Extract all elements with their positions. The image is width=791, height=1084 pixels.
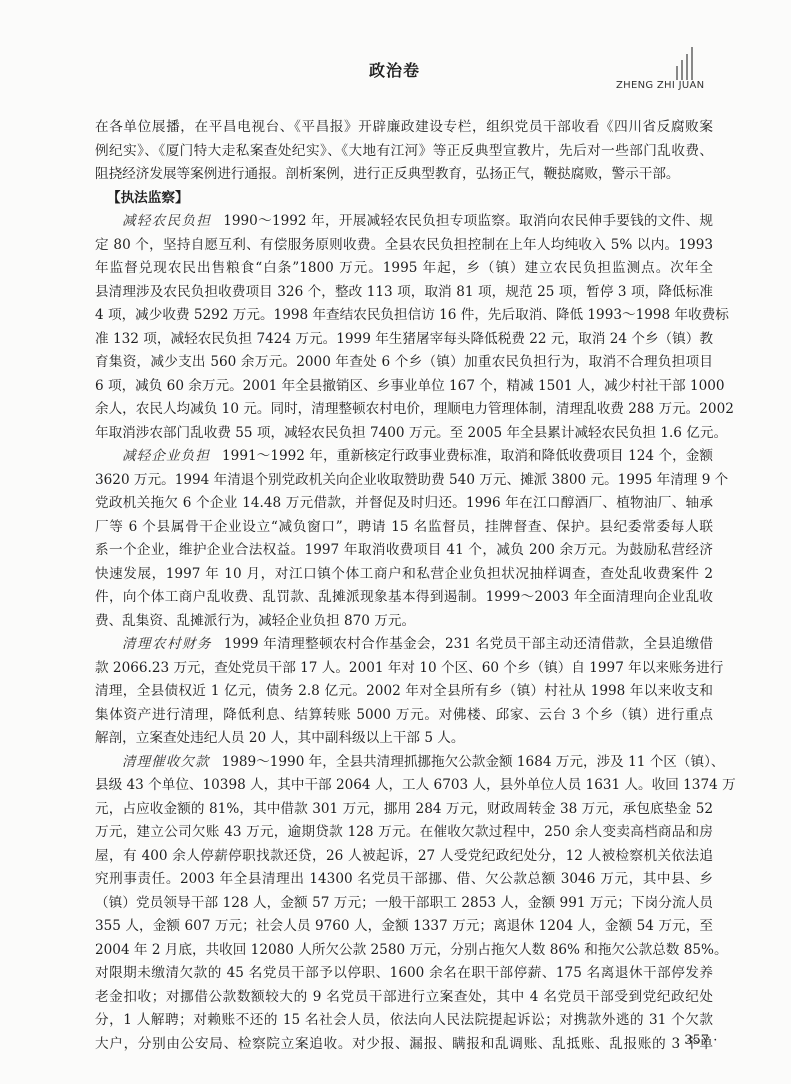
text-line: 在各单位展播，在平昌电视台、《平昌报》开辟廉政建设专栏，组织党员干部收看《四川省… — [95, 116, 713, 140]
section-keyword: 减轻农民负担 — [122, 213, 211, 229]
text-line: 年取消涉农部门乱收费 55 项，减轻农民负担 7400 万元。至 2005 年全… — [95, 422, 713, 446]
text-line: 清理，全县债权近 1 亿元，债务 2.8 亿元。2002 年对全县所有乡（镇）村… — [95, 680, 713, 704]
text-line: 党政机关拖欠 6 个企业 14.48 万元借款，并督促及时归还。1996 年在江… — [95, 492, 713, 516]
text-line: 余人，农民人均减负 10 元。同时，清理整顿农村电价，理顺电力管理体制，清理乱收… — [95, 398, 713, 422]
text-line: 分，1 人解聘；对赖账不还的 15 名社会人员，依法向人民法院提起诉讼；对携款外… — [95, 1009, 713, 1033]
text-line: 对限期未缴清欠款的 45 名党员干部予以停职、1600 余名在职干部停薪、175… — [95, 962, 713, 986]
text-line: 6 项，减负 60 余万元。2001 年全县撤销区、乡事业单位 167 个，精减… — [95, 375, 713, 399]
bars-decoration-icon — [676, 46, 698, 80]
page-body: 在各单位展播，在平昌电视台、《平昌报》开辟廉政建设专栏，组织党员干部收看《四川省… — [95, 116, 713, 1056]
text-line: 年监督兑现农民出售粮食“白条”1800 万元。1995 年起，乡（镇）建立农民负… — [95, 257, 713, 281]
text-line: 费、乱集资、乱摊派行为，减轻企业负担 870 万元。 — [95, 610, 713, 634]
section-keyword: 清理催收欠款 — [122, 754, 210, 770]
section-debt-collection: 清理催收欠款1989～1990 年，全县共清理抓挪拖欠公款金额 1684 万元，… — [95, 751, 713, 1057]
text-line: 快速发展，1997 年 10 月，对江口镇个体工商户和私营企业负担状况抽样调查，… — [95, 563, 713, 587]
text-line: 厂等 6 个县属骨干企业设立“减负窗口”，聘请 15 名监督员，挂牌督查、保护。… — [95, 516, 713, 540]
paragraph-intro: 在各单位展播，在平昌电视台、《平昌报》开辟廉政建设专栏，组织党员干部收看《四川省… — [95, 116, 713, 187]
text-line: 究刑事责任。2003 年全县清理出 14300 名党员干部挪、借、欠公款总额 3… — [95, 868, 713, 892]
section-keyword: 减轻企业负担 — [122, 448, 210, 464]
text-line: （镇）党员领导干部 128 人，金额 57 万元；一般干部职工 2853 人，金… — [95, 892, 713, 916]
text-line: 3620 万元。1994 年清退个别党政机关向企业收取赞助费 540 万元、摊派… — [95, 469, 713, 493]
text-line: 县清理涉及农民负担收费项目 326 个，整改 113 项，取消 81 项，规范 … — [95, 281, 713, 305]
text-line: 县级 43 个单位、10398 人，其中干部 2064 人，工人 6703 人，… — [95, 774, 713, 798]
text-line: 2004 年 2 月底，共收回 12080 人所欠公款 2580 万元，分别占拖… — [95, 939, 713, 963]
section-rural-finance: 清理农村财务1999 年清理整顿农村合作基金会，231 名党员干部主动还清借款，… — [95, 633, 713, 751]
text-line: 阻挠经济发展等案例进行通报。剖析案例，进行正反典型教育，弘扬正气，鞭挞腐败，警示… — [95, 163, 713, 187]
text-line: 例纪实》、《厦门特大走私案查处纪实》、《大地有江河》等正反典型宣教片，先后对一些… — [95, 140, 713, 164]
text-line: 4 项，减少收费 5292 万元。1998 年查结农民负担信访 16 件，先后取… — [95, 304, 713, 328]
page-number: · 357 · — [676, 1033, 717, 1048]
section-reduce-enterprise-burden: 减轻企业负担1991～1992 年，重新核定行政事业费标准，取消和降低收费项目 … — [95, 445, 713, 633]
text-line: 老金扣收；对挪借公款数额较大的 9 名党员干部进行立案查处，其中 4 名党员干部… — [95, 986, 713, 1010]
text-line: 万元，建立公司欠账 43 万元，逾期贷款 128 万元。在催收欠款过程中，250… — [95, 821, 713, 845]
section-keyword: 清理农村财务 — [122, 636, 212, 652]
text-line: 育集资，减少支出 560 余万元。2000 年查处 6 个乡（镇）加重农民负担行… — [95, 351, 713, 375]
running-header-latin: ZHENG ZHI JUAN — [616, 80, 704, 91]
text-line: 解剖，立案查处违纪人员 20 人，其中副科级以上干部 5 人。 — [95, 727, 713, 751]
text-line: 屋，有 400 余人停薪停职找款还贷，26 人被起诉，27 人受党纪政纪处分，1… — [95, 845, 713, 869]
text-line: 1991～1992 年，重新核定行政事业费标准，取消和降低收费项目 124 个，… — [222, 448, 713, 464]
text-line: 1990～1992 年，开展减轻农民负担专项监察。取消向农民伸手要钱的文件、规 — [223, 213, 713, 229]
text-line: 准 132 项，减轻农民负担 7424 万元。1999 年生猪屠宰每头降低税费 … — [95, 328, 713, 352]
text-line: 件，向个体工商户乱收费、乱罚款、乱摊派现象基本得到遏制。1999～2003 年全… — [95, 586, 713, 610]
section-heading: 【执法监察】 — [95, 187, 713, 211]
text-line: 款 2066.23 万元，查处党员干部 17 人。2001 年对 10 个区、6… — [95, 657, 713, 681]
text-line: 元，占应收金额的 81%，其中借款 301 万元，挪用 284 万元，财政周转金… — [95, 798, 713, 822]
text-line: 1999 年清理整顿农村合作基金会，231 名党员干部主动还清借款，全县追缴借 — [224, 636, 713, 652]
section-reduce-farmer-burden: 减轻农民负担1990～1992 年，开展减轻农民负担专项监察。取消向农民伸手要钱… — [95, 210, 713, 445]
text-line: 大户，分别由公安局、检察院立案追收。对少报、漏报、瞒报和乱调账、乱抵账、乱报账的… — [95, 1033, 713, 1057]
text-line: 定 80 个，坚持自愿互利、有偿服务原则收费。全县农民负担控制在上年人均纯收入 … — [95, 234, 713, 258]
text-line: 系一个企业，维护企业合法权益。1997 年取消收费项目 41 个，减负 200 … — [95, 539, 713, 563]
text-line: 1989～1990 年，全县共清理抓挪拖欠公款金额 1684 万元，涉及 11 … — [222, 754, 725, 770]
text-line: 集体资产进行清理，降低利息、结算转账 5000 万元。对佛楼、邱家、云台 3 个… — [95, 704, 713, 728]
text-line: 355 人，金额 607 万元；社会人员 9760 人，金额 1337 万元；离… — [95, 915, 713, 939]
running-header-title: 政治卷 — [369, 58, 420, 81]
